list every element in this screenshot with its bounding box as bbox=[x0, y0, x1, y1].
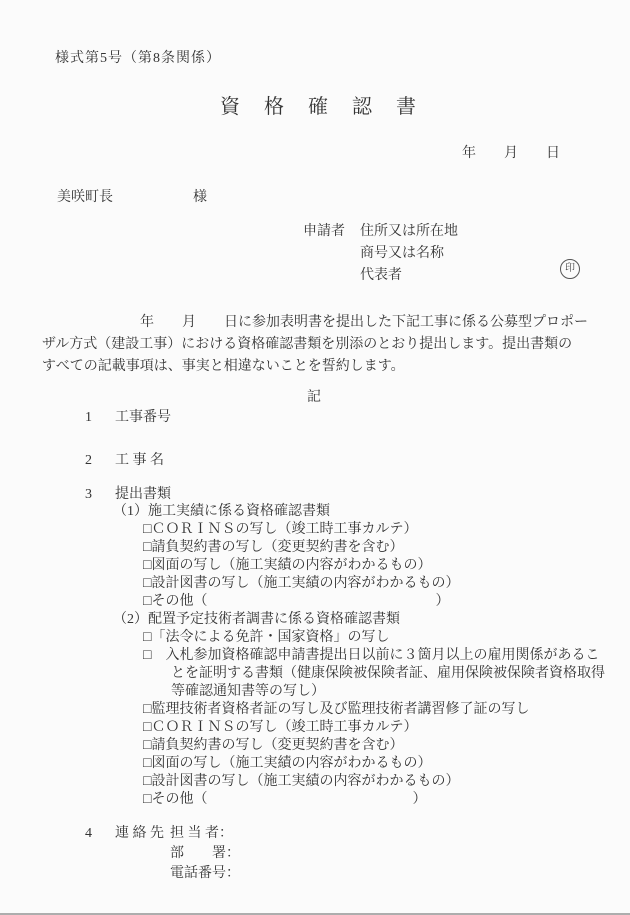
declaration-paragraph: 年 月 日に参加表明書を提出した下記工事に係る公募型プロポー ザル方式（建設工事… bbox=[42, 312, 594, 378]
checklist-item-label: 設計図書の写し（施工実績の内容がわかるもの） bbox=[151, 576, 459, 591]
checklist-item: □ＣＯＲＩＮＳの写し（竣工時工事カルテ） bbox=[0, 521, 630, 539]
contact-phone-row: 電話番号： bbox=[0, 864, 630, 884]
item-number: 1 bbox=[85, 409, 115, 427]
checklist-item-label: 請負契約書の写し（変更契約書を含む） bbox=[151, 738, 403, 753]
recipient-name: 美咲町長 bbox=[57, 190, 113, 205]
checklist-item: □図面の写し（施工実績の内容がわかるもの） bbox=[0, 755, 630, 773]
checklist-item-label: 「法令による免許・国家資格」の写し bbox=[151, 630, 389, 645]
document-title: 資格確認書 bbox=[0, 90, 630, 119]
checklist-item-label: その他（ bbox=[151, 594, 207, 609]
item-number: 2 bbox=[85, 452, 115, 470]
contact-dept-row: 部 署： bbox=[0, 844, 630, 864]
item-number: 4 bbox=[85, 824, 115, 844]
recipient-line: 美咲町長様 bbox=[57, 186, 207, 206]
item-label: 提出書類 bbox=[115, 487, 171, 502]
checklist-item-employment: □ 入札参加資格確認申請書提出日以前に３箇月以上の雇用関係があるこ bbox=[0, 647, 630, 665]
contact-person-row: 4連 絡 先担 当 者： bbox=[0, 824, 630, 844]
applicant-representative-row: 代表者 bbox=[303, 265, 458, 287]
checklist-item-label: その他（ bbox=[151, 792, 207, 807]
declaration-line-1: 年 月 日に参加表明書を提出した下記工事に係る公募型プロポー bbox=[42, 312, 594, 334]
seal-icon: 印 bbox=[560, 259, 580, 279]
checklist-item-label-close: ） bbox=[412, 792, 426, 807]
declaration-line-3: すべての記載事項は、事実と相違ないことを誓約します。 bbox=[42, 356, 594, 378]
recipient-honorific: 様 bbox=[193, 190, 207, 205]
applicant-field-representative: 代表者 bbox=[360, 268, 402, 283]
item-label: 工 事 名 bbox=[115, 453, 164, 468]
applicant-field-company: 商号又は名称 bbox=[360, 246, 444, 261]
document-page: 様式第5号（第8条関係） 資格確認書 年 月 日 美咲町長様 申請者住所又は所在… bbox=[0, 0, 630, 915]
checklist-item-label-close: ） bbox=[435, 594, 449, 609]
checklist-item-label: 図面の写し（施工実績の内容がわかるもの） bbox=[151, 558, 431, 573]
item-label: 工事番号 bbox=[115, 410, 171, 425]
checklist-item-label: ＣＯＲＩＮＳの写し（竣工時工事カルテ） bbox=[151, 522, 417, 537]
contact-dept-label: 部 署： bbox=[170, 846, 240, 861]
applicant-field-address: 住所又は所在地 bbox=[360, 224, 458, 239]
checklist-item-label: 設計図書の写し（施工実績の内容がわかるもの） bbox=[151, 774, 459, 789]
checklist-item: □設計図書の写し（施工実績の内容がわかるもの） bbox=[0, 575, 630, 593]
group1-heading: （1）施工実績に係る資格確認書類 bbox=[0, 503, 630, 521]
item-construction-name: 2工 事 名 bbox=[0, 452, 630, 486]
checklist-item-label: 入札参加資格確認申請書提出日以前に３箇月以上の雇用関係があるこ bbox=[151, 648, 599, 663]
applicant-block: 申請者住所又は所在地 商号又は名称 代表者 bbox=[303, 221, 458, 287]
contact-block: 4連 絡 先担 当 者： 部 署： 電話番号： bbox=[0, 824, 630, 884]
checklist-item-employment-cont: 等確認通知書等の写し） bbox=[0, 683, 630, 701]
checklist-item: □請負契約書の写し（変更契約書を含む） bbox=[0, 539, 630, 557]
checklist-item-label: 等確認通知書等の写し） bbox=[171, 684, 325, 699]
checklist-item: □請負契約書の写し（変更契約書を含む） bbox=[0, 737, 630, 755]
checklist-item-label: とを証明する書類（健康保険被保険者証、雇用保険被保険者資格取得 bbox=[171, 666, 605, 681]
checklist-item: □設計図書の写し（施工実績の内容がわかるもの） bbox=[0, 773, 630, 791]
ki-separator: 記 bbox=[0, 386, 630, 406]
checklist-item-other: □その他（） bbox=[0, 593, 630, 611]
checklist-item: □ＣＯＲＩＮＳの写し（竣工時工事カルテ） bbox=[0, 719, 630, 737]
contact-phone-label: 電話番号： bbox=[170, 866, 240, 881]
checklist-item-label: 図面の写し（施工実績の内容がわかるもの） bbox=[151, 756, 431, 771]
group2-heading: （2）配置予定技術者調書に係る資格確認書類 bbox=[0, 611, 630, 629]
checklist-item-label: 請負契約書の写し（変更契約書を含む） bbox=[151, 540, 403, 555]
applicant-company-row: 商号又は名称 bbox=[303, 243, 458, 265]
declaration-line-2: ザル方式（建設工事）における資格確認書類を別添のとおり提出します。提出書類の bbox=[42, 334, 594, 356]
checklist-item: □図面の写し（施工実績の内容がわかるもの） bbox=[0, 557, 630, 575]
contact-label: 連 絡 先 bbox=[115, 824, 170, 844]
item-number: 3 bbox=[85, 486, 115, 504]
checklist-item-other: □その他（） bbox=[0, 791, 630, 809]
date-line: 年 月 日 bbox=[0, 142, 630, 162]
form-note: 様式第5号（第8条関係） bbox=[55, 47, 221, 67]
checklist-item: □「法令による免許・国家資格」の写し bbox=[0, 629, 630, 647]
checklist-item: □監理技術者資格者証の写し及び監理技術者講習修了証の写し bbox=[0, 701, 630, 719]
document-body-list: 1工事番号 2工 事 名 3提出書類 （1）施工実績に係る資格確認書類 □ＣＯＲ… bbox=[0, 409, 630, 884]
checklist-item-label: 監理技術者資格者証の写し及び監理技術者講習修了証の写し bbox=[151, 702, 529, 717]
item-submitted-documents: 3提出書類 bbox=[0, 486, 630, 503]
contact-person-label: 担 当 者： bbox=[170, 826, 233, 841]
item-construction-number: 1工事番号 bbox=[0, 409, 630, 452]
applicant-address-row: 申請者住所又は所在地 bbox=[303, 221, 458, 243]
checklist-item-label: ＣＯＲＩＮＳの写し（竣工時工事カルテ） bbox=[151, 720, 417, 735]
applicant-label: 申請者 bbox=[303, 224, 345, 239]
checklist-item-employment-cont: とを証明する書類（健康保険被保険者証、雇用保険被保険者資格取得 bbox=[0, 665, 630, 683]
